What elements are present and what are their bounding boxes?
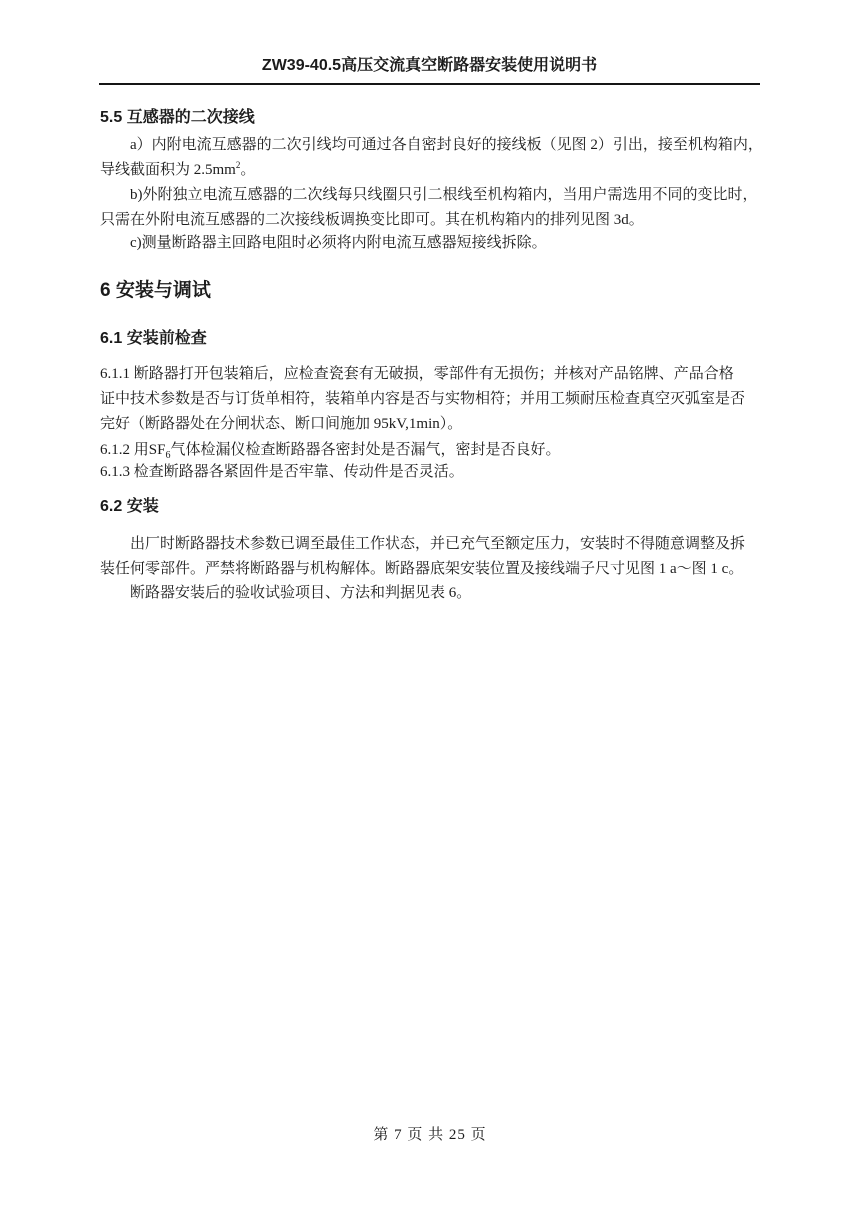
para-5-5-b-line1: b)外附独立电流互感器的二次线每只线圈只引二根线至机构箱内，当用户需选用不同的变… [100, 183, 763, 208]
para-6-1-1-line1: 6.1.1 断路器打开包装箱后，应检查瓷套有无破损，零部件有无损伤；并核对产品铭… [100, 362, 763, 387]
section-6-2-heading: 6.2 安装 [100, 495, 763, 519]
para-6-1-3-line: 6.1.3 检查断路器各紧固件是否牢靠、传动件是否灵活。 [100, 460, 763, 485]
section-6-1-heading: 6.1 安装前检查 [100, 327, 763, 351]
para-5-5-a-line2: 导线截面积为 2.5mm2。 [100, 158, 763, 183]
para-6-1-1: 6.1.1 断路器打开包装箱后，应检查瓷套有无破损，零部件有无损伤；并核对产品铭… [100, 362, 763, 437]
para-6-1-1-line2: 证中技术参数是否与订货单相符，装箱单内容是否与实物相符；并用工频耐压检查真空灭弧… [100, 387, 763, 412]
para-6-2-1-line2: 装任何零部件。严禁将断路器与机构解体。断路器底架安装位置及接线端子尺寸见图 1 … [100, 557, 763, 582]
para-6-1-1-line3: 完好（断路器处在分闸状态、断口间施加 95kV,1min）。 [100, 412, 763, 437]
section-5-5-heading: 5.5 互感器的二次接线 [100, 106, 763, 130]
para-6-1-3: 6.1.3 检查断路器各紧固件是否牢靠、传动件是否灵活。 [100, 460, 763, 485]
page-number: 第 7 页 共 25 页 [0, 1124, 860, 1146]
document-page: ZW39-40.5高压交流真空断路器安装使用说明书 5.5 互感器的二次接线 a… [0, 0, 860, 1216]
page-header: ZW39-40.5高压交流真空断路器安装使用说明书 [99, 55, 760, 85]
para-6-2-2: 断路器安装后的验收试验项目、方法和判据见表 6。 [100, 581, 763, 606]
para-5-5-a-line2-end: 。 [240, 162, 255, 178]
para-6-2-2-line: 断路器安装后的验收试验项目、方法和判据见表 6。 [100, 581, 763, 606]
para-5-5-a-line1: a）内附电流互感器的二次引线均可通过各自密封良好的接线板（见图 2）引出，接至机… [100, 133, 763, 158]
para-5-5-a: a）内附电流互感器的二次引线均可通过各自密封良好的接线板（见图 2）引出，接至机… [100, 133, 763, 183]
para-5-5-b-line2: 只需在外附电流互感器的二次接线板调换变比即可。其在机构箱内的排列见图 3d。 [100, 208, 763, 233]
para-5-5-b: b)外附独立电流互感器的二次线每只线圈只引二根线至机构箱内，当用户需选用不同的变… [100, 183, 763, 233]
section-6-heading: 6 安装与调试 [100, 278, 763, 304]
document-title: ZW39-40.5高压交流真空断路器安装使用说明书 [99, 55, 760, 77]
para-6-2-1: 出厂时断路器技术参数已调至最佳工作状态，并已充气至额定压力，安装时不得随意调整及… [100, 532, 763, 582]
para-5-5-a-line2-text: 导线截面积为 2.5mm [100, 162, 236, 178]
para-6-1-2-pre: 6.1.2 用SF [100, 442, 165, 458]
para-5-5-c-line: c)测量断路器主回路电阻时必须将内附电流互感器短接线拆除。 [100, 231, 763, 256]
para-6-1-2-post: 气体检漏仪检查断路器各密封处是否漏气，密封是否良好。 [170, 442, 560, 458]
para-5-5-c: c)测量断路器主回路电阻时必须将内附电流互感器短接线拆除。 [100, 231, 763, 256]
para-6-2-1-line1: 出厂时断路器技术参数已调至最佳工作状态，并已充气至额定压力，安装时不得随意调整及… [100, 532, 763, 557]
